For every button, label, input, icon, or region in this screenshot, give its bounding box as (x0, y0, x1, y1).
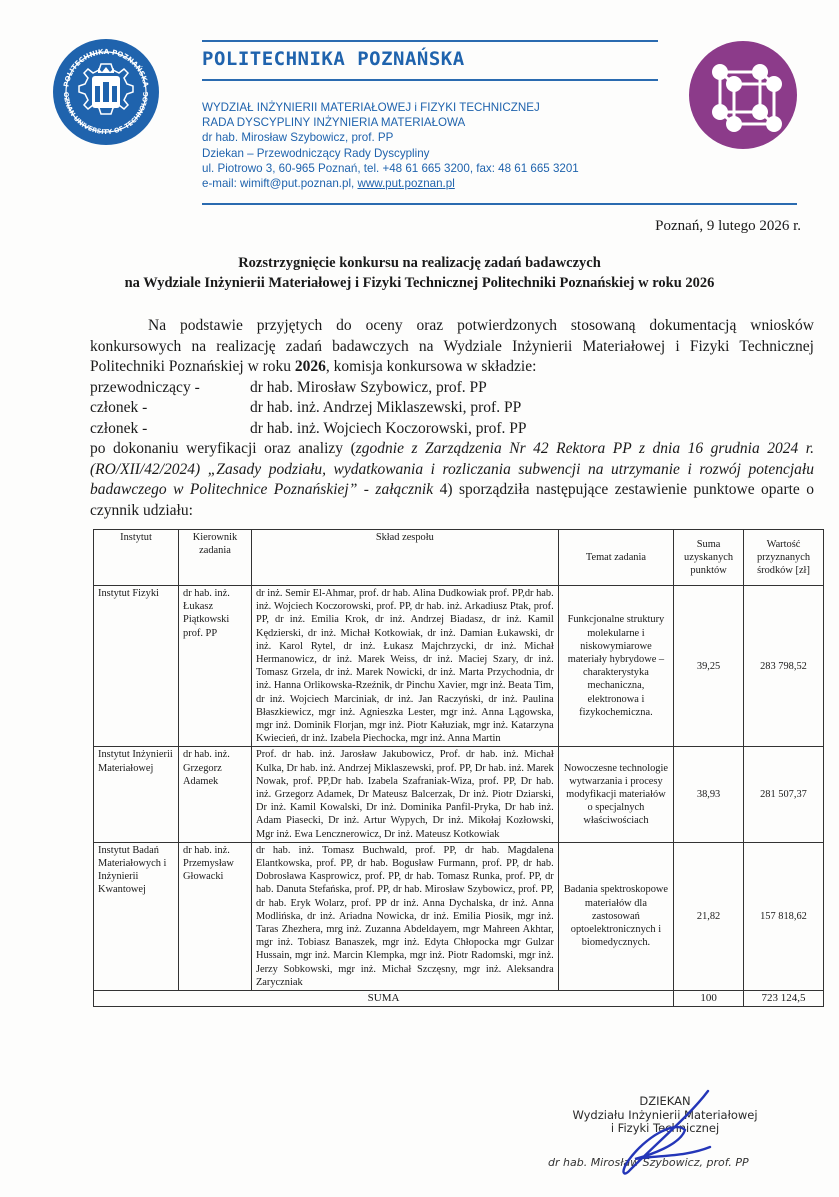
table-row: Instytut Fizyki dr hab. inż. Łukasz Piąt… (94, 586, 824, 747)
header-points: Suma uzyskanych punktów (674, 530, 744, 586)
sum-points: 100 (674, 991, 744, 1007)
sum-value: 723 124,5 (744, 991, 824, 1007)
table-row: Instytut Badań Materiałowych i Inżynieri… (94, 842, 824, 990)
conclusion-paragraph: po dokonaniu weryfikacji oraz analizy (z… (90, 439, 814, 521)
header-value: Wartość przyznanych środków [zł] (744, 530, 824, 586)
header-rule-middle (202, 79, 658, 81)
title-line-2: na Wydziale Inżynierii Materiałowej i Fi… (0, 273, 839, 293)
intro-paragraph: Na podstawie przyjętych do oceny oraz po… (90, 316, 814, 378)
address: ul. Piotrowo 3, 60-965 Poznań, tel. +48 … (202, 161, 579, 176)
council-name: RADA DYSCYPLINY INŻYNIERIA MATERIAŁOWA (202, 115, 579, 130)
university-seal-logo: POLITECHNIKA POZNAŃSKA POZNAN UNIVERSITY… (52, 38, 160, 146)
faculty-logo (688, 40, 798, 150)
contact-line: e-mail: wimift@put.poznan.pl, www.put.po… (202, 176, 579, 191)
header-rule-bottom (202, 203, 797, 205)
header-rule-top (202, 40, 658, 42)
table-header-row: Instytut Kierownik zadania Skład zespołu… (94, 530, 824, 586)
handwritten-signature-icon (590, 1085, 730, 1180)
document-title: Rozstrzygnięcie konkursu na realizację z… (0, 253, 839, 293)
results-table: Instytut Kierownik zadania Skład zespołu… (93, 529, 824, 1007)
header-team: Skład zespołu (251, 530, 558, 586)
university-name: POLITECHNIKA POZNAŃSKA (202, 48, 465, 70)
website-link[interactable]: www.put.poznan.pl (357, 177, 454, 190)
table-sum-row: SUMA 100 723 124,5 (94, 991, 824, 1007)
table-row: Instytut Inżynierii Materiałowej dr hab.… (94, 747, 824, 842)
faculty-name: WYDZIAŁ INŻYNIERII MATERIAŁOWEJ i FIZYKI… (202, 100, 579, 115)
faculty-info: WYDZIAŁ INŻYNIERII MATERIAŁOWEJ i FIZYKI… (202, 100, 579, 191)
document-date: Poznań, 9 lutego 2026 r. (655, 218, 801, 235)
header-leader: Kierownik zadania (179, 530, 252, 586)
sum-label: SUMA (94, 991, 674, 1007)
dean-role: Dziekan – Przewodniczący Rady Dyscypliny (202, 146, 579, 161)
committee-member-2: członek -dr hab. inż. Wojciech Koczorows… (90, 419, 814, 440)
header-institute: Instytut (94, 530, 179, 586)
header-topic: Temat zadania (558, 530, 673, 586)
committee-member-1: członek -dr hab. inż. Andrzej Miklaszews… (90, 398, 814, 419)
document-body: Na podstawie przyjętych do oceny oraz po… (90, 316, 814, 521)
email: e-mail: wimift@put.poznan.pl, (202, 177, 357, 190)
title-line-1: Rozstrzygnięcie konkursu na realizację z… (0, 253, 839, 273)
committee-chair: przewodniczący -dr hab. Mirosław Szybowi… (90, 378, 814, 399)
dean-name: dr hab. Mirosław Szybowicz, prof. PP (202, 130, 579, 145)
crystal-lattice-cube-icon (688, 40, 798, 150)
gear-seal-icon: POLITECHNIKA POZNAŃSKA POZNAN UNIVERSITY… (52, 38, 160, 146)
intro-year: 2026 (295, 358, 326, 375)
